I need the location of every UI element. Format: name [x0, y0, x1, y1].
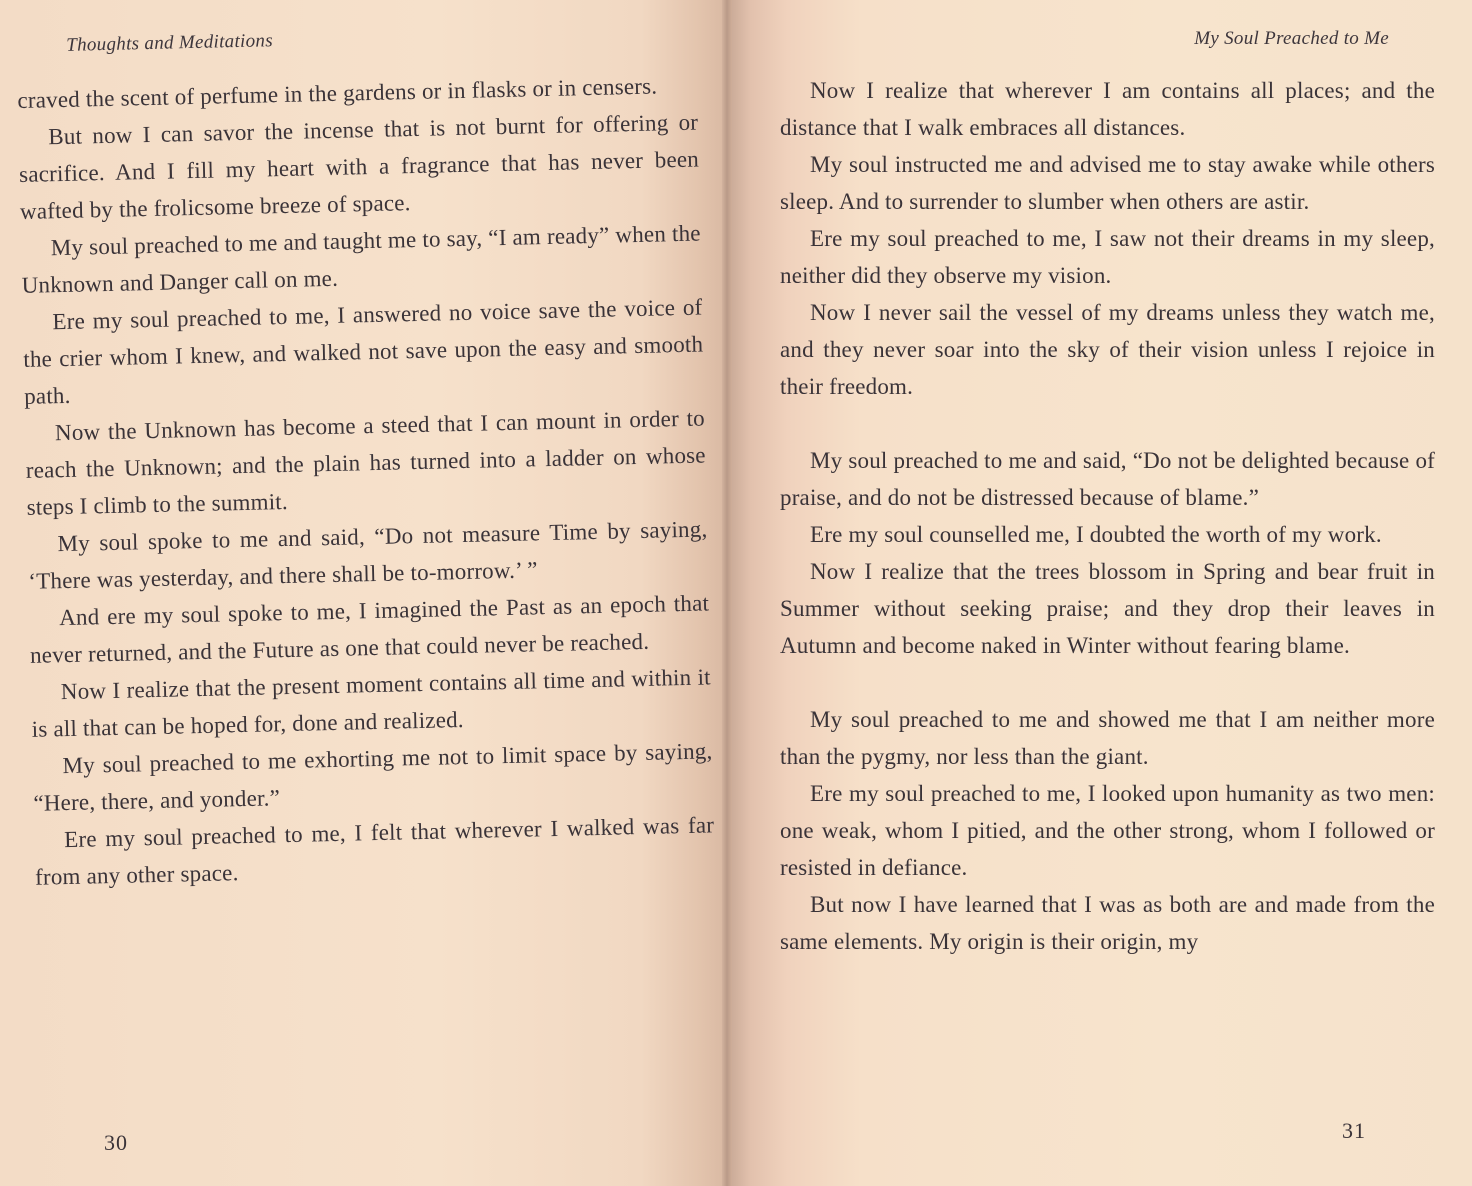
- paragraph: Ere my soul preached to me, I answered n…: [22, 289, 704, 415]
- paragraph: But now I can savor the incense that is …: [18, 104, 700, 230]
- paragraph: Ere my soul counselled me, I doubted the…: [780, 516, 1435, 553]
- paragraph: But now I have learned that I was as bot…: [780, 886, 1435, 960]
- right-running-head: My Soul Preached to Me: [780, 28, 1435, 72]
- left-page: Thoughts and Meditations craved the scen…: [0, 0, 728, 1186]
- paragraph: Now I realize that the trees blossom in …: [780, 553, 1435, 664]
- paragraph: Now I realize that wherever I am contain…: [780, 72, 1435, 146]
- paragraph: Ere my soul preached to me, I saw not th…: [780, 220, 1435, 294]
- section-break: [780, 664, 1435, 701]
- book-gutter: [722, 0, 732, 1186]
- paragraph: Ere my soul preached to me, I felt that …: [34, 806, 716, 895]
- page-number-right: 31: [1342, 1118, 1366, 1144]
- paragraph: My soul preached to me and showed me tha…: [780, 701, 1435, 775]
- paragraph: Ere my soul preached to me, I looked upo…: [780, 775, 1435, 886]
- paragraph: My soul preached to me and said, “Do not…: [780, 442, 1435, 516]
- paragraph: Now I never sail the vessel of my dreams…: [780, 294, 1435, 405]
- right-page-text-block: My Soul Preached to Me Now I realize tha…: [780, 28, 1435, 960]
- left-page-text-block: Thoughts and Meditations craved the scen…: [16, 21, 715, 896]
- right-page: My Soul Preached to Me Now I realize tha…: [728, 0, 1472, 1186]
- paragraph: Now the Unknown has become a steed that …: [25, 399, 707, 525]
- open-book-spread: Thoughts and Meditations craved the scen…: [0, 0, 1472, 1186]
- paragraph: My soul instructed me and advised me to …: [780, 146, 1435, 220]
- page-number-left: 30: [104, 1130, 128, 1156]
- section-break: [780, 405, 1435, 442]
